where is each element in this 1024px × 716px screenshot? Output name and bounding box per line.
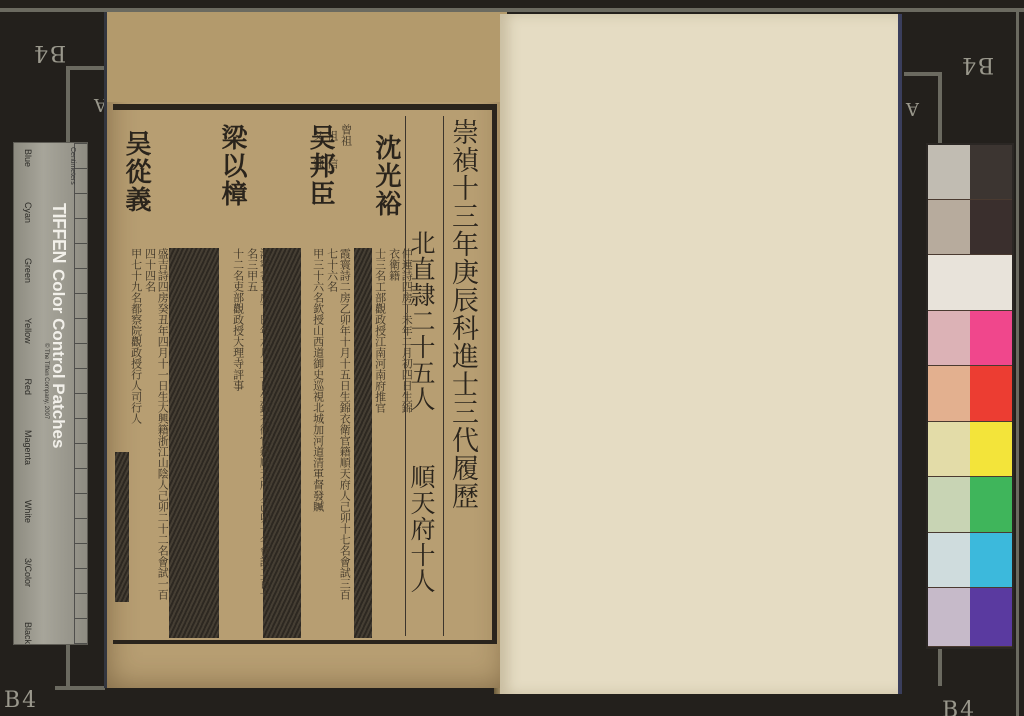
patch-cyan-light	[928, 533, 970, 588]
label-a-right: A	[906, 98, 919, 119]
entry-detail: 十二名吏部觀政授大理寺評事	[231, 248, 244, 418]
entry-detail: 甲七十九名都察院觀政授行人司行人	[129, 248, 142, 458]
patch-blue-violet	[970, 588, 1012, 647]
ruler-unit-label: Centimeters	[69, 147, 76, 185]
ancestor-header: 曾祖	[339, 124, 352, 164]
color-label: Blue	[23, 149, 33, 167]
black-column-block	[354, 248, 372, 638]
patch-green	[970, 477, 1012, 533]
patch-pink-light	[928, 311, 970, 366]
ruler-scale	[74, 143, 88, 645]
register-title: 崇禎十三年庚辰科進士三代履歷	[449, 118, 476, 558]
color-label: 3/Color	[23, 558, 33, 587]
entry-detail: 鴻寧書五房丁巳年六月十二日生錦衣衛官籍順天府人己卯一名會試二百十名三甲五	[245, 248, 270, 608]
color-label: White	[23, 500, 33, 523]
entry-name-shen-guangyu: 沈光裕	[373, 134, 399, 244]
entry-name-wu-congyi: 吴從義	[123, 130, 149, 240]
tiffen-title: Color Control Patches	[49, 269, 68, 448]
entry-detail: 霞寰詩二房乙卯年十月十五日生錦衣衛官籍順天府人己卯十七名會試三百七十六名	[325, 248, 350, 608]
column-rule	[443, 116, 444, 636]
tiffen-brand-title: TIFFENColor Control Patches	[48, 203, 69, 448]
entry-detail: 盛吉詩四房癸丑年四月十一日生大興籍浙江山陰人己卯二十二名會試一百四十四名	[143, 248, 168, 608]
color-label: Red	[23, 379, 33, 396]
patch-yellow-light	[928, 422, 970, 477]
color-label: Yellow	[23, 318, 33, 344]
patch-gray-dark	[970, 145, 1012, 200]
patch-lavender-light	[928, 588, 970, 647]
entry-detail: 士三名工部觀政授江南河南府推官	[373, 248, 386, 418]
color-label: Cyan	[23, 202, 33, 223]
patch-white	[928, 255, 1012, 311]
patch-peach-light	[928, 366, 970, 422]
frame-guide-right-edge	[1016, 12, 1019, 716]
entry-detail: 甲三十六名欽授山西道御史巡視北城加河道清軍督發贓	[311, 248, 324, 548]
book-right-page-blank	[500, 14, 902, 694]
frame-guide-bottom	[55, 686, 105, 690]
book-left-page: 崇禎十三年庚辰科進士三代履歷 北直隷二十五人 順天府十人 沈光裕 仲連詩四房丁未…	[104, 12, 507, 688]
black-column-block	[169, 248, 219, 638]
label-b4-top-right: B4	[960, 52, 994, 77]
region-heading-shuntian: 順天府十人	[409, 464, 434, 624]
color-label: Black	[23, 622, 33, 644]
patch-black	[970, 200, 1012, 255]
entry-name-wu-bangchen: 吴邦臣	[307, 124, 333, 244]
patch-cyan	[970, 533, 1012, 588]
patch-red	[970, 366, 1012, 422]
tiffen-color-control-strip: Centimeters TIFFENColor Control Patches …	[13, 142, 88, 645]
tiffen-copyright: © The Tiffen Company, 2007	[43, 343, 49, 419]
entry-detail: 仲連詩四房丁未年二月初四日生錦衣衛籍	[387, 248, 412, 423]
entry-name-liang-yizhang: 梁以樟	[219, 124, 245, 244]
patch-magenta	[970, 311, 1012, 366]
patch-tan	[928, 200, 970, 255]
page-bottom-rule	[167, 640, 267, 642]
color-label: Green	[23, 258, 33, 283]
label-b4-bottom-right: B4	[942, 698, 976, 716]
black-column-block	[115, 452, 129, 602]
patch-yellow	[970, 422, 1012, 477]
frame-guide-inner-left-h	[66, 66, 106, 70]
tiffen-color-labels: Blue Cyan Green Yellow Red Magenta White…	[23, 149, 33, 644]
page-top-margin	[107, 12, 507, 102]
label-b4-bottom-left: B4	[4, 688, 38, 713]
color-calibration-chart	[926, 143, 1014, 649]
tiffen-logo: TIFFEN	[49, 203, 69, 263]
patch-gray-light	[928, 145, 970, 200]
color-label: Magenta	[23, 430, 33, 465]
frame-guide-inner-right-h	[904, 72, 942, 76]
patch-green-light	[928, 477, 970, 533]
label-b4-top-left: B4	[32, 40, 66, 65]
